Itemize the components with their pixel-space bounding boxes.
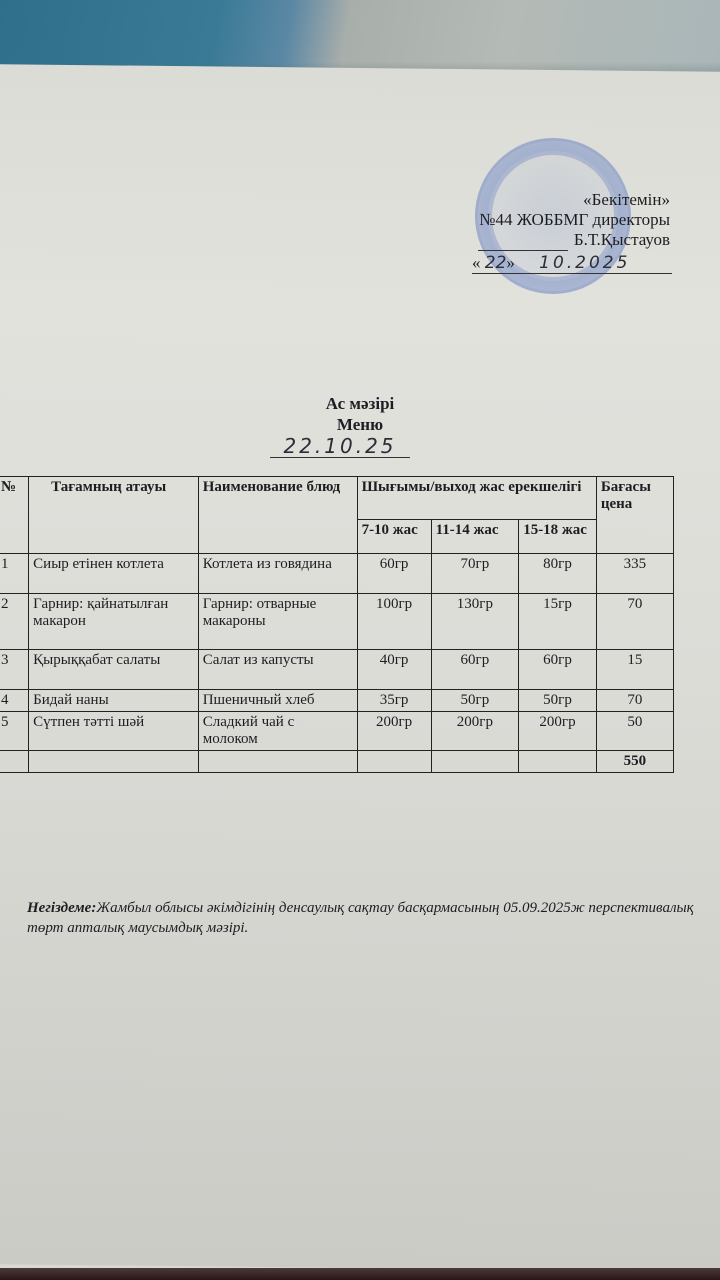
header-no: № <box>0 477 29 554</box>
table-row: 1 Сиыр етінен котлета Котлета из говядин… <box>0 554 674 594</box>
row-portion-11-14: 50гр <box>431 690 519 712</box>
header-age-7-10: 7-10 жас <box>357 520 431 554</box>
menu-date: 22.10.25 <box>270 435 410 458</box>
row-portion-11-14: 60гр <box>431 650 519 690</box>
header-name-ru: Наименование блюд <box>198 477 357 554</box>
row-portion-15-18: 60гр <box>519 650 597 690</box>
empty-cell <box>198 751 357 773</box>
menu-title-ru: Меню <box>0 414 720 435</box>
row-name-ru: Пшеничный хлеб <box>198 690 357 712</box>
header-age-15-18: 15-18 жас <box>519 520 597 554</box>
row-name-kz: Гарнир: қайнатылған макарон <box>29 594 199 650</box>
date-quote-open: « <box>472 253 481 272</box>
approval-date: « 22» 10.2025 <box>472 253 672 274</box>
approval-date-rest: 10.2025 <box>539 253 630 273</box>
empty-cell <box>431 751 519 773</box>
header-name-kz: Тағамның атауы <box>29 477 199 554</box>
row-name-kz: Қырыққабат салаты <box>29 650 199 690</box>
row-portion-7-10: 35гр <box>357 690 431 712</box>
table-row: 3 Қырыққабат салаты Салат из капусты 40г… <box>0 650 674 690</box>
empty-cell <box>0 751 29 773</box>
approval-heading: «Бекітемін» <box>478 190 670 210</box>
director-name: Б.Т.Қыстауов <box>574 230 670 249</box>
row-portion-11-14: 70гр <box>431 554 519 594</box>
row-portion-11-14: 130гр <box>431 594 519 650</box>
approval-name: Б.Т.Қыстауов <box>478 230 670 251</box>
basis-label: Негіздеме: <box>27 900 96 916</box>
row-price: 50 <box>596 712 673 751</box>
row-portion-7-10: 200гр <box>357 712 431 751</box>
empty-cell <box>357 751 431 773</box>
row-portion-15-18: 50гр <box>519 690 597 712</box>
approval-date-day: 22 <box>485 253 507 273</box>
row-no: 1 <box>0 554 29 594</box>
row-name-kz: Сүтпен тәтті шәй <box>29 712 199 751</box>
signature-icon <box>478 230 568 251</box>
row-price: 15 <box>596 650 673 690</box>
total-price: 550 <box>596 751 673 773</box>
basis-note: Негіздеме:Жамбыл облысы әкімдігінің денс… <box>27 898 707 938</box>
row-portion-11-14: 200гр <box>431 712 519 751</box>
row-price: 335 <box>596 554 673 594</box>
table-row: 5 Сүтпен тәтті шәй Сладкий чай с молоком… <box>0 712 674 751</box>
row-name-ru: Гарнир: отварные макароны <box>198 594 357 650</box>
approval-position: №44 ЖОББМГ директоры <box>478 210 670 230</box>
menu-table: № Тағамның атауы Наименование блюд Шығым… <box>0 476 674 773</box>
menu-title-block: Ас мәзірі Меню <box>0 393 720 435</box>
row-name-ru: Сладкий чай с молоком <box>198 712 357 751</box>
row-price: 70 <box>596 690 673 712</box>
table-row: 2 Гарнир: қайнатылған макарон Гарнир: от… <box>0 594 674 650</box>
empty-cell <box>519 751 597 773</box>
row-price: 70 <box>596 594 673 650</box>
date-quote-close: » <box>506 253 515 272</box>
basis-text: Жамбыл облысы әкімдігінің денсаулық сақт… <box>27 900 694 936</box>
header-output: Шығымы/выход жас ерекшелігі <box>357 477 596 520</box>
row-portion-15-18: 80гр <box>519 554 597 594</box>
row-portion-15-18: 200гр <box>519 712 597 751</box>
approval-block: «Бекітемін» №44 ЖОББМГ директоры Б.Т.Қыс… <box>478 190 670 251</box>
header-age-11-14: 11-14 жас <box>431 520 519 554</box>
empty-cell <box>29 751 199 773</box>
menu-title-kz: Ас мәзірі <box>0 393 720 414</box>
row-portion-7-10: 60гр <box>357 554 431 594</box>
row-no: 5 <box>0 712 29 751</box>
row-portion-7-10: 40гр <box>357 650 431 690</box>
row-no: 2 <box>0 594 29 650</box>
row-name-kz: Бидай наны <box>29 690 199 712</box>
table-row-total: 550 <box>0 751 674 773</box>
header-price: Бағасы цена <box>596 477 673 554</box>
row-name-ru: Салат из капусты <box>198 650 357 690</box>
table-row: 4 Бидай наны Пшеничный хлеб 35гр 50гр 50… <box>0 690 674 712</box>
row-no: 4 <box>0 690 29 712</box>
background-edge <box>0 1268 720 1280</box>
row-no: 3 <box>0 650 29 690</box>
row-portion-7-10: 100гр <box>357 594 431 650</box>
row-portion-15-18: 15гр <box>519 594 597 650</box>
row-name-ru: Котлета из говядина <box>198 554 357 594</box>
row-name-kz: Сиыр етінен котлета <box>29 554 199 594</box>
